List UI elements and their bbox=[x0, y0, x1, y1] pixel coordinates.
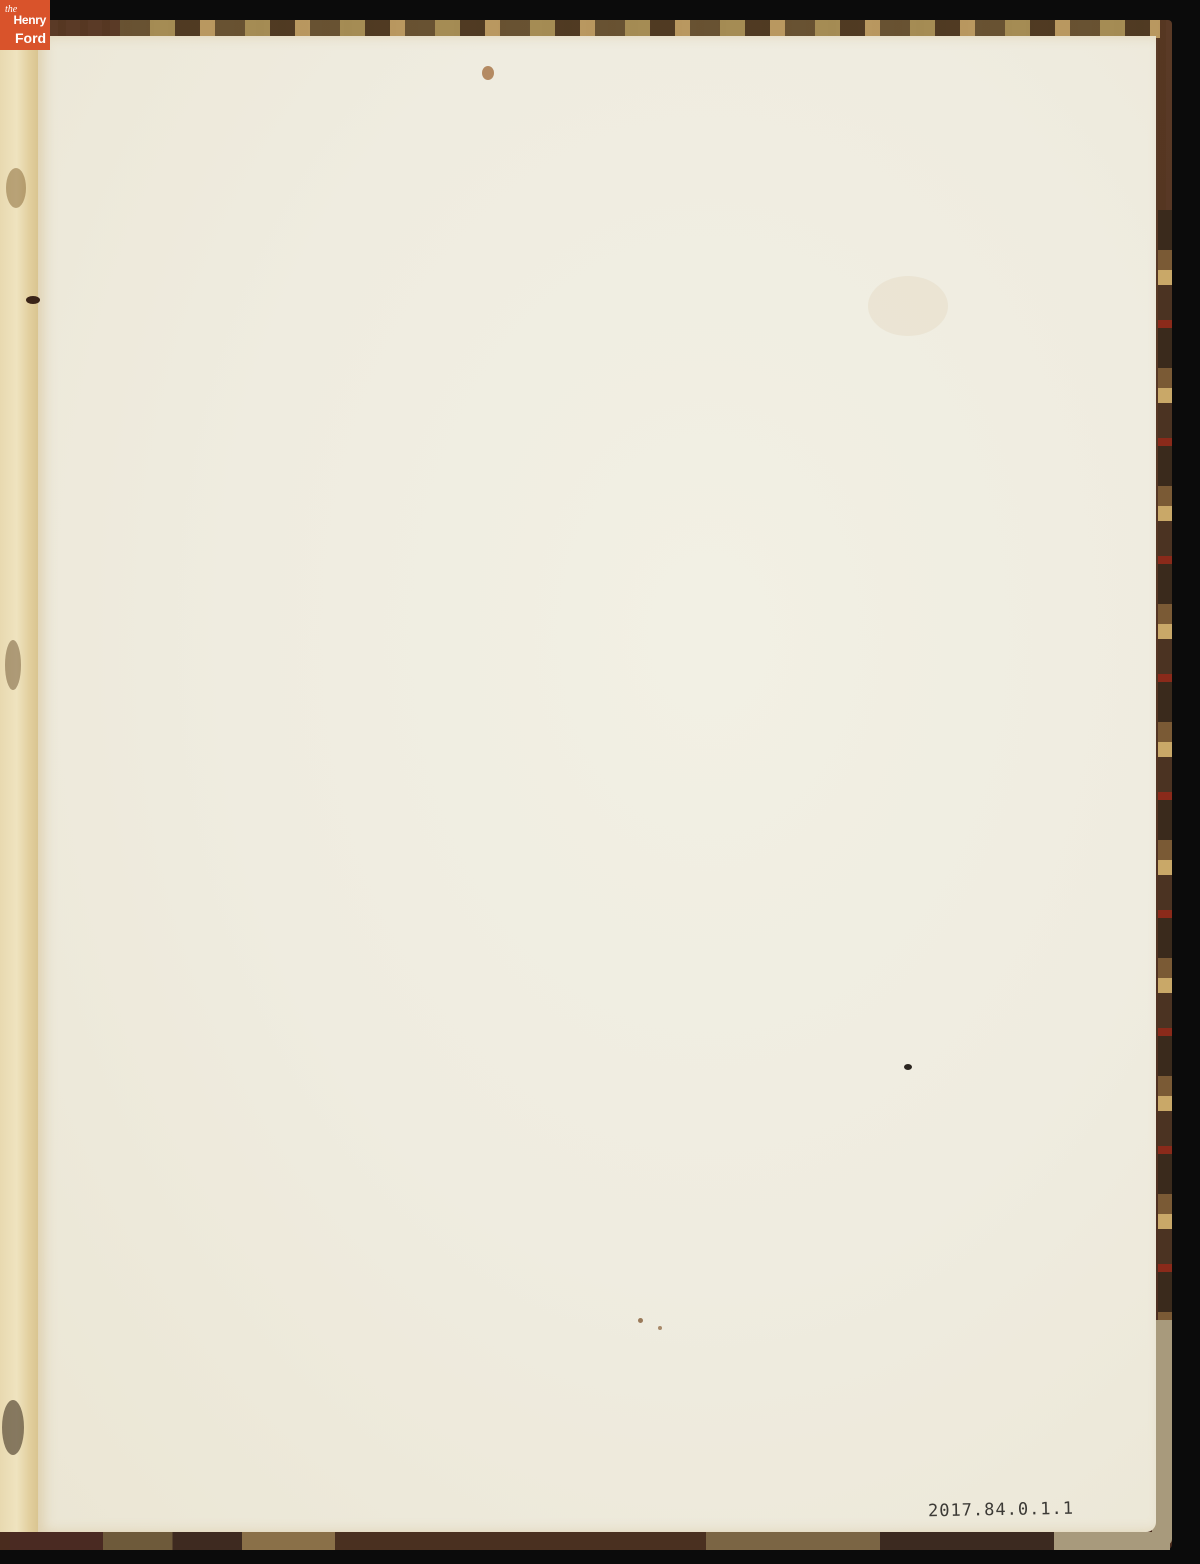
stain-spot bbox=[904, 1064, 912, 1070]
glue-residue bbox=[26, 296, 40, 304]
the-henry-ford-logo: the Henry Ford bbox=[0, 0, 50, 50]
marbled-edge-right bbox=[1158, 210, 1172, 1320]
glue-residue bbox=[2, 1400, 24, 1455]
stain-spot bbox=[658, 1326, 662, 1330]
foxing bbox=[868, 276, 948, 336]
glue-residue bbox=[6, 168, 26, 208]
binding-gutter bbox=[0, 20, 42, 1532]
stain-spot bbox=[482, 66, 494, 80]
glue-residue bbox=[5, 640, 21, 690]
blank-page bbox=[38, 36, 1156, 1532]
accession-number: 2017.84.0.1.1 bbox=[928, 1499, 1074, 1522]
marbled-edge-bottom bbox=[10, 1532, 1170, 1550]
logo-henry: Henry bbox=[13, 13, 46, 27]
logo-ford: Ford bbox=[15, 30, 46, 46]
stain-spot bbox=[638, 1318, 643, 1323]
